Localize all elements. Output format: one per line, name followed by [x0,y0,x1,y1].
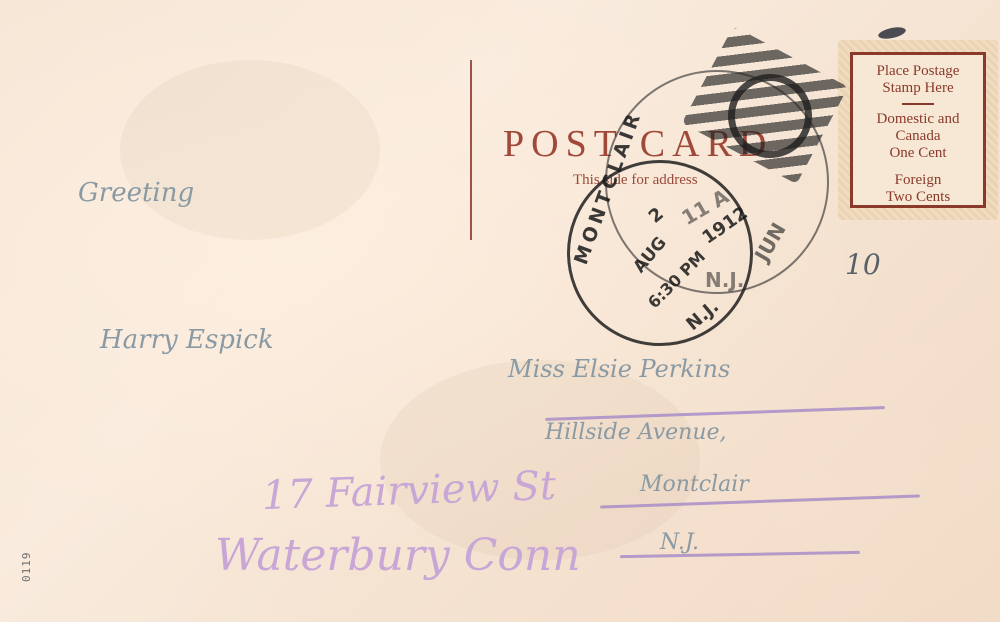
paper-stain [120,60,380,240]
signature-text: Harry Espick [100,325,274,355]
stamp-domestic-3: One Cent [853,145,983,162]
stamp-box-inner: Place Postage Stamp Here Domestic and Ca… [850,52,986,208]
center-divider [470,60,472,240]
stamp-domestic-2: Canada [853,128,983,145]
crossed-address-line-1: Hillside Avenue, [545,420,727,445]
stamp-box: Place Postage Stamp Here Domestic and Ca… [838,40,998,220]
greeting-text: Greeting [78,178,194,208]
crossed-address-line-2: Montclair [640,472,749,497]
postcard-back: POST CARD This side for address Place Po… [0,0,1000,622]
stamp-rule [902,103,934,105]
crossed-address-line-3: N.J. [660,530,699,555]
note-number: 10 [845,248,881,281]
stamp-line-2: Stamp Here [853,80,983,97]
recipient-name: Miss Elsie Perkins [508,355,730,383]
ink-smudge [877,25,906,41]
stamp-foreign-2: Two Cents [853,189,983,206]
stamp-line-1: Place Postage [853,63,983,80]
strikethrough-line-3 [620,551,860,558]
stamp-domestic-1: Domestic and [853,111,983,128]
catalog-number: 0119 [20,552,33,583]
stamp-foreign-1: Foreign [853,172,983,189]
forward-address-line-2: Waterbury Conn [215,530,581,581]
